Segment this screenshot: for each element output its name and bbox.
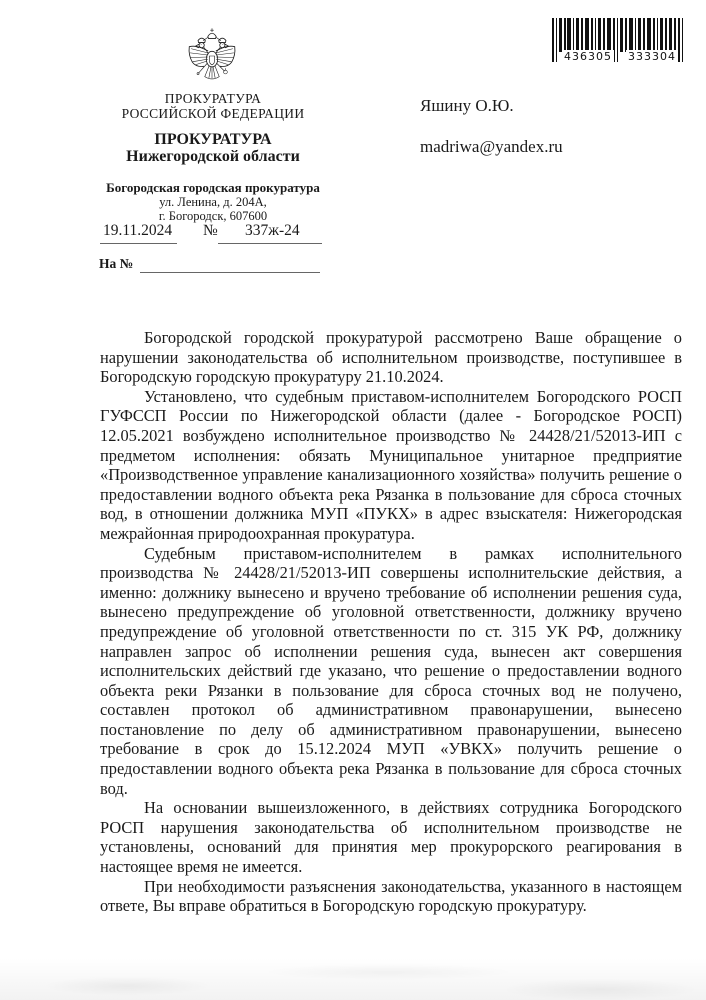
date-underline bbox=[100, 243, 177, 244]
org-federation-line1: ПРОКУРАТУРА bbox=[92, 92, 334, 107]
paragraph-established: Установлено, что судебным приставом-испо… bbox=[100, 387, 682, 544]
letterhead: ПРОКУРАТУРА РОССИЙСКОЙ ФЕДЕРАЦИИ ПРОКУРА… bbox=[92, 92, 334, 223]
recipient-name: Яшину О.Ю. bbox=[420, 96, 514, 116]
recipient-email: madriwa@yandex.ru bbox=[420, 137, 563, 157]
document-page: ПРОКУРАТУРА РОССИЙСКОЙ ФЕДЕРАЦИИ ПРОКУРА… bbox=[0, 0, 706, 1000]
reference-number-label: На № bbox=[99, 256, 133, 272]
document-number: 337ж-24 bbox=[245, 222, 300, 240]
coat-of-arms-icon bbox=[181, 26, 243, 86]
paragraph-clarification: При необходимости разъяснения законодате… bbox=[100, 877, 682, 916]
org-federation-line2: РОССИЙСКОЙ ФЕДЕРАЦИИ bbox=[92, 107, 334, 122]
reference-underline bbox=[140, 272, 320, 273]
office-address-street: ул. Ленина, д. 204А, bbox=[92, 195, 334, 209]
barcode: 436305 333304 bbox=[552, 18, 685, 66]
barcode-digits-right: 333304 bbox=[626, 50, 678, 63]
paragraph-conclusion: На основании вышеизложенного, в действия… bbox=[100, 798, 682, 876]
paragraph-actions: Судебным приставом-исполнителем в рамках… bbox=[100, 544, 682, 799]
document-date: 19.11.2024 bbox=[103, 222, 172, 240]
number-sign: № bbox=[203, 222, 218, 240]
org-region-line1: ПРОКУРАТУРА bbox=[92, 132, 334, 149]
office-address-city: г. Богородск, 607600 bbox=[92, 209, 334, 223]
org-region-line2: Нижегородской области bbox=[92, 149, 334, 166]
number-underline bbox=[218, 243, 322, 244]
barcode-digits-left: 436305 bbox=[562, 50, 614, 63]
letter-body: Богородской городской прокуратурой рассм… bbox=[100, 328, 682, 916]
office-name: Богородская городская прокуратура bbox=[92, 181, 334, 195]
scan-noise bbox=[0, 930, 706, 1000]
paragraph-intro: Богородской городской прокуратурой рассм… bbox=[100, 328, 682, 387]
